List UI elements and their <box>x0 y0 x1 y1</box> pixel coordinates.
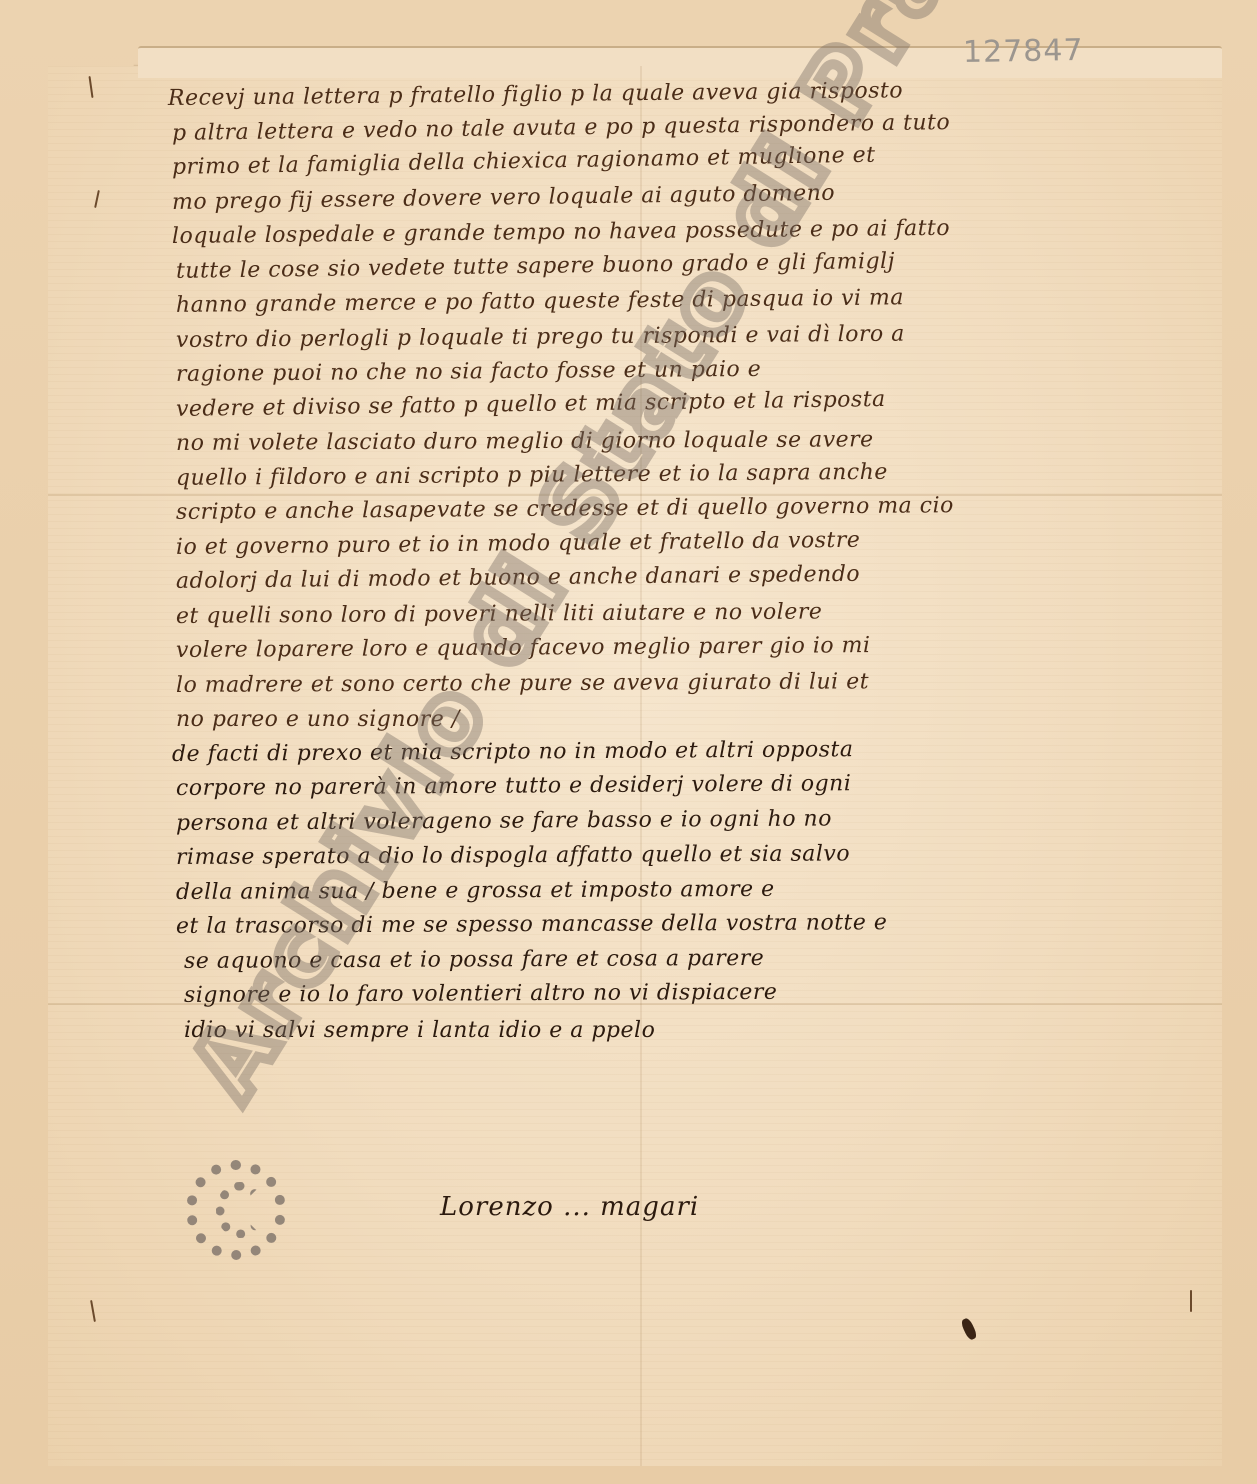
archive-number: 127847 <box>963 33 1084 70</box>
letter-line: idio vi salvi sempre i lanta idio e a pp… <box>168 1014 1198 1049</box>
signature: Lorenzo ... magari <box>440 1192 699 1222</box>
margin-mark <box>1190 1290 1192 1312</box>
copyright-c-icon <box>216 1182 264 1238</box>
letter-line: volere loparere loro e quando facevo meg… <box>168 627 1198 669</box>
letter-line: lo madrere et sono certo che pure se ave… <box>168 663 1198 703</box>
